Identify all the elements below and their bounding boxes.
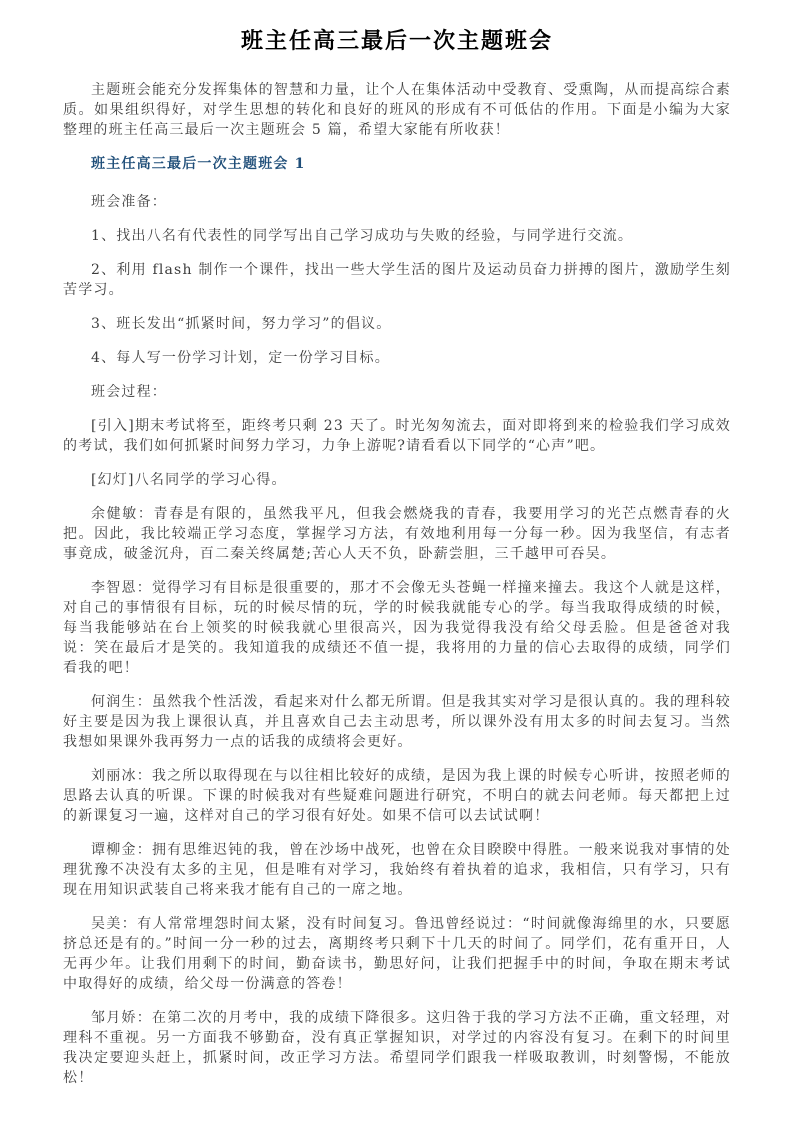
paragraph-speech-zou-yuejiao: 邹月娇：在第二次的月考中，我的成绩下降很多。这归咎于我的学习方法不正确，重文轻理… (63, 1008, 731, 1088)
paragraph-meeting-process-label: 班会过程： (63, 382, 731, 402)
paragraph-speech-tan-liujin: 谭柳金：拥有思维迟钝的我，曾在沙场中战死，也曾在众目睽睽中得胜。一般来说我对事情… (63, 840, 731, 900)
paragraph-slide: [幻灯]八名同学的学习心得。 (63, 470, 731, 490)
paragraph-prep-item-2: 2、利用 flash 制作一个课件，找出一些大学生活的图片及运动员奋力拼搏的图片… (63, 260, 731, 300)
document-page: 班主任高三最后一次主题班会 主题班会能充分发挥集体的智慧和力量，让个人在集体活动… (0, 0, 794, 1123)
document-title: 班主任高三最后一次主题班会 (63, 26, 731, 58)
intro-paragraph: 主题班会能充分发挥集体的智慧和力量，让个人在集体活动中受教育、受熏陶，从而提高综… (63, 80, 731, 140)
paragraph-lead-in: [引入]期末考试将至，距终考只剩 23 天了。时光匆匆流去，面对即将到来的检验我… (63, 416, 731, 456)
paragraph-speech-he-runsheng: 何润生：虽然我个性活泼，看起来对什么都无所谓。但是我其实对学习是很认真的。我的理… (63, 692, 731, 752)
paragraph-meeting-prep-label: 班会准备： (63, 192, 731, 212)
section-heading: 班主任高三最后一次主题班会 1 (63, 154, 731, 174)
paragraph-speech-yu-jianmin: 余健敏：青春是有限的，虽然我平凡，但我会燃烧我的青春，我要用学习的光芒点燃青春的… (63, 504, 731, 564)
paragraph-speech-li-zhien: 李智恩：觉得学习有目标是很重要的，那才不会像无头苍蝇一样撞来撞去。我这个人就是这… (63, 578, 731, 678)
paragraph-speech-wu-mei: 吴美：有人常常埋怨时间太紧，没有时间复习。鲁迅曾经说过：“时间就像海绵里的水，只… (63, 914, 731, 994)
paragraph-speech-liu-libing: 刘丽冰：我之所以取得现在与以往相比较好的成绩，是因为我上课的时候专心听讲，按照老… (63, 766, 731, 826)
paragraph-prep-item-3: 3、班长发出“抓紧时间，努力学习”的倡议。 (63, 314, 731, 334)
paragraph-prep-item-4: 4、每人写一份学习计划，定一份学习目标。 (63, 348, 731, 368)
paragraph-prep-item-1: 1、找出八名有代表性的同学写出自己学习成功与失败的经验，与同学进行交流。 (63, 226, 731, 246)
